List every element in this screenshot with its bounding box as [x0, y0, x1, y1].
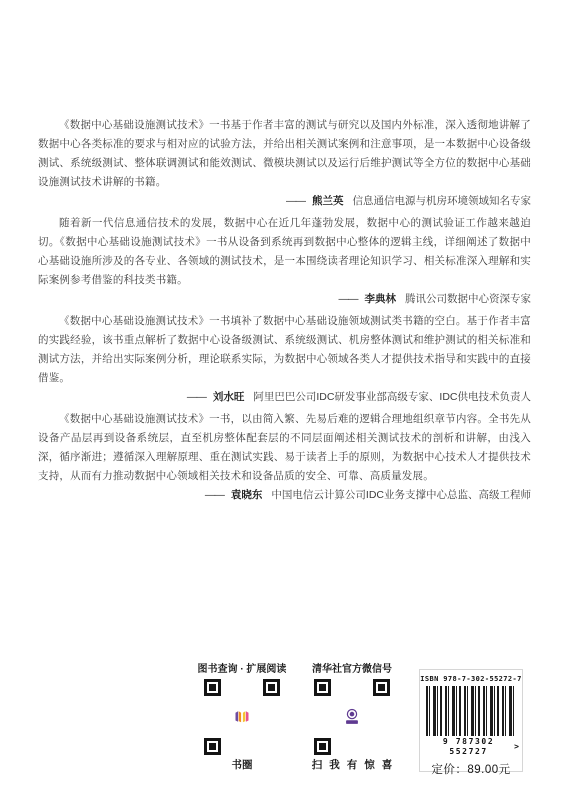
- qr-code-bookq: [204, 679, 280, 755]
- qr-finder-icon: [263, 679, 280, 696]
- qr-left-bottom-label: 书圈: [192, 759, 292, 771]
- qr-block-tsinghua-wechat: 清华社官方微信号 扫我有惊喜: [302, 664, 402, 771]
- testimonial-attribution: ——刘水旺阿里巴巴公司IDC研发事业部高级专家、IDC供电技术负责人: [38, 388, 531, 407]
- qr-finder-icon: [373, 679, 390, 696]
- attribution-dash: ——: [187, 391, 206, 403]
- testimonial-author-title: 腾讯公司数据中心资深专家: [405, 293, 531, 305]
- attribution-dash: ——: [286, 195, 305, 207]
- barcode-number: 9 787302 552727: [423, 737, 514, 757]
- qr-block-bookq: 图书查询 · 扩展阅读 书圈: [192, 664, 292, 771]
- testimonial-author-title: 信息通信电源与机房环境领域知名专家: [353, 195, 532, 207]
- testimonials-section: 《数据中心基础设施测试技术》一书基于作者丰富的测试与研究以及国内外标准，深入透彻…: [38, 116, 531, 508]
- qr-finder-icon: [204, 738, 221, 755]
- qr-left-top-label: 图书查询 · 扩展阅读: [192, 664, 292, 676]
- attribution-dash: ——: [339, 293, 358, 305]
- testimonial-quote: 《数据中心基础设施测试技术》一书，以由简入繁、先易后难的逻辑合理地组织章节内容。…: [38, 410, 531, 486]
- testimonial-quote: 随着新一代信息通信技术的发展，数据中心在近几年蓬勃发展，数据中心的测试验证工作越…: [38, 214, 531, 290]
- testimonial-author: 李典林: [365, 293, 397, 305]
- tsinghua-press-seal-icon: [341, 706, 364, 729]
- book-back-cover: 《数据中心基础设施测试技术》一书基于作者丰富的测试与研究以及国内外标准，深入透彻…: [0, 0, 568, 800]
- barcode-suffix: >: [514, 742, 519, 752]
- price-label: 定价：89.00元: [420, 761, 522, 777]
- qr-right-top-label: 清华社官方微信号: [302, 664, 402, 676]
- isbn-label: ISBN 978-7-302-55272-7: [420, 675, 522, 684]
- footer: 图书查询 · 扩展阅读 书圈 清华社官方微信号: [0, 660, 568, 800]
- qr-finder-icon: [204, 679, 221, 696]
- testimonial-author-title: 阿里巴巴公司IDC研发事业部高级专家、IDC供电技术负责人: [253, 391, 531, 403]
- isbn-barcode-box: ISBN 978-7-302-55272-7 9 787302 552727 >…: [419, 669, 523, 772]
- testimonial-attribution: ——李典林腾讯公司数据中心资深专家: [38, 290, 531, 309]
- testimonial-author: 刘水旺: [213, 391, 245, 403]
- testimonial-author: 熊兰英: [312, 195, 344, 207]
- barcode-bars: [426, 686, 516, 736]
- book-pages-icon: [231, 706, 254, 729]
- testimonial-attribution: ——熊兰英信息通信电源与机房环境领域知名专家: [38, 192, 531, 211]
- testimonial-author: 袁晓东: [231, 489, 263, 501]
- qr-right-bottom-label: 扫我有惊喜: [302, 759, 409, 771]
- testimonial-quote: 《数据中心基础设施测试技术》一书基于作者丰富的测试与研究以及国内外标准，深入透彻…: [38, 116, 531, 192]
- qr-finder-icon: [314, 679, 331, 696]
- attribution-dash: ——: [205, 489, 224, 501]
- qr-finder-icon: [314, 738, 331, 755]
- testimonial-author-title: 中国电信云计算公司IDC业务支撑中心总监、高级工程师: [271, 489, 531, 501]
- testimonial-quote: 《数据中心基础设施测试技术》一书填补了数据中心基础设施领域测试类书籍的空白。基于…: [38, 312, 531, 388]
- barcode-digits: 9 787302 552727 >: [423, 737, 519, 757]
- testimonial-attribution: ——袁晓东中国电信云计算公司IDC业务支撑中心总监、高级工程师: [38, 486, 531, 505]
- qr-code-tsinghua-wechat: [314, 679, 390, 755]
